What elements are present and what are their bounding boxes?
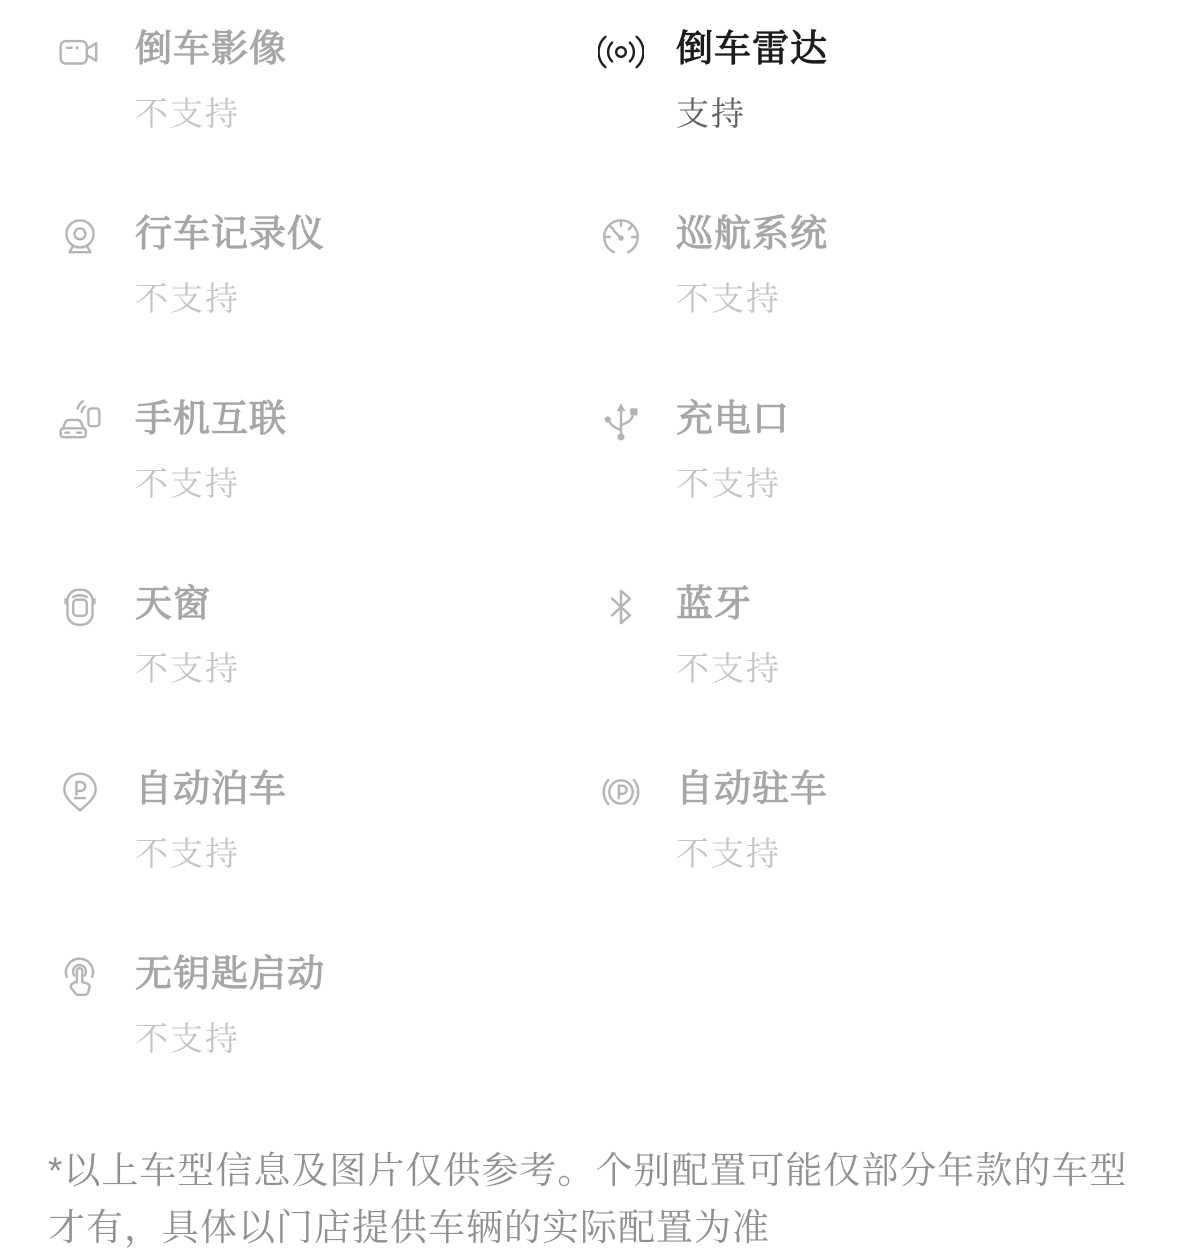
feature-item: 无钥匙启动 不支持 [57,951,598,1060]
feature-value: 不支持 [135,833,287,875]
reversing-camera-icon [57,28,105,76]
feature-label: 充电口 [676,396,790,442]
charging-port-icon [598,398,646,446]
auto-parking-icon [57,768,105,816]
feature-label: 倒车影像 [135,26,287,72]
feature-item: 自动泊车 不支持 [57,766,598,875]
dashcam-icon [57,213,105,261]
auto-hold-icon [598,768,646,816]
keyless-start-icon [57,953,105,1001]
feature-item: 自动驻车 不支持 [598,766,1139,875]
feature-value: 支持 [676,93,828,135]
reversing-radar-icon [598,28,646,76]
feature-label: 自动驻车 [676,766,828,812]
feature-item: 倒车雷达 支持 [598,26,1139,135]
features-grid: 倒车影像 不支持 倒车雷达 支持 行车记录仪 不支持 [0,0,1179,1060]
phone-connect-icon [57,398,105,446]
feature-item: 巡航系统 不支持 [598,211,1139,320]
feature-value: 不支持 [676,278,828,320]
feature-item: 倒车影像 不支持 [57,26,598,135]
feature-item: 行车记录仪 不支持 [57,211,598,320]
feature-label: 蓝牙 [676,581,781,627]
feature-item: 蓝牙 不支持 [598,581,1139,690]
feature-label: 自动泊车 [135,766,287,812]
feature-value: 不支持 [135,648,240,690]
feature-item: 充电口 不支持 [598,396,1139,505]
feature-value: 不支持 [135,278,325,320]
feature-label: 巡航系统 [676,211,828,257]
disclaimer-text: *以上车型信息及图片仅供参考。个别配置可能仅部分年款的车型才有，具体以门店提供车… [0,1142,1179,1256]
sunroof-icon [57,583,105,631]
feature-item: 天窗 不支持 [57,581,598,690]
feature-value: 不支持 [135,463,287,505]
feature-value: 不支持 [135,93,287,135]
feature-value: 不支持 [676,833,828,875]
bluetooth-icon [598,583,646,631]
feature-value: 不支持 [676,648,781,690]
feature-item: 手机互联 不支持 [57,396,598,505]
feature-value: 不支持 [135,1018,325,1060]
feature-label: 无钥匙启动 [135,951,325,997]
feature-label: 倒车雷达 [676,26,828,72]
feature-value: 不支持 [676,463,790,505]
feature-label: 手机互联 [135,396,287,442]
feature-label: 行车记录仪 [135,211,325,257]
feature-label: 天窗 [135,581,240,627]
cruise-system-icon [598,213,646,261]
